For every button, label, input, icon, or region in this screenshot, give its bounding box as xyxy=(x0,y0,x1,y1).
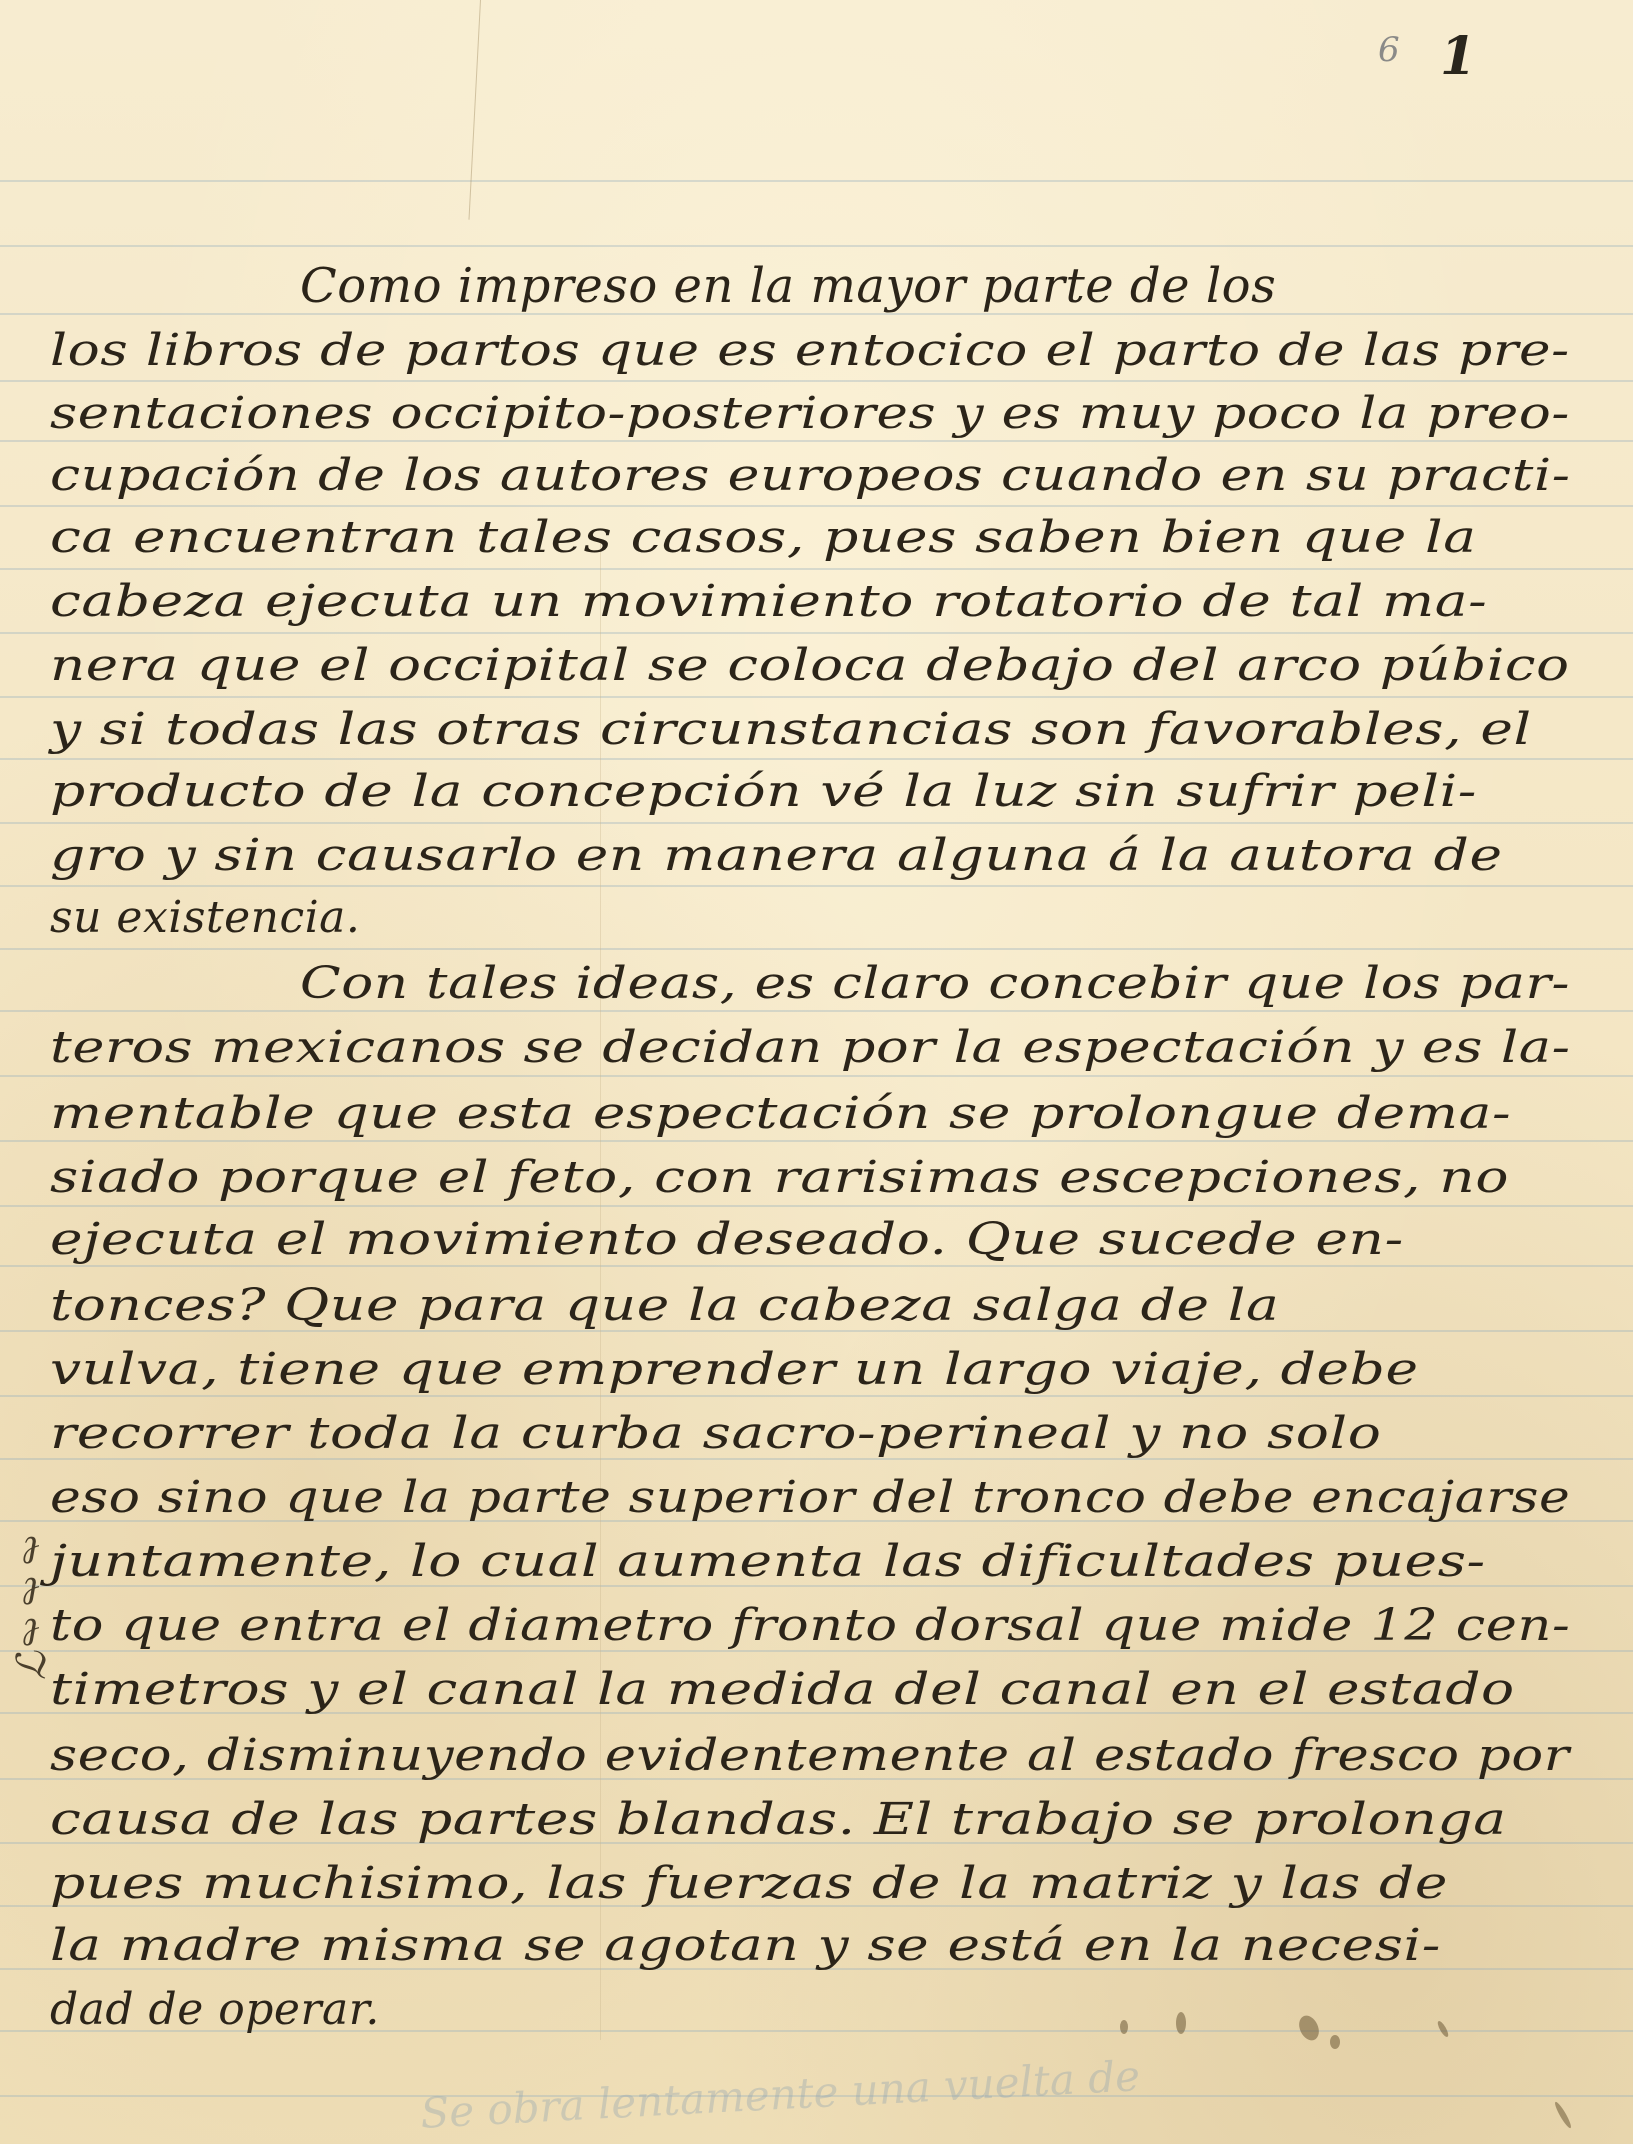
text-line: juntamente, lo cual aumenta las dificult… xyxy=(50,1536,1486,1587)
ruled-line xyxy=(0,758,1633,760)
text-line: timetros y el canal la medida del canal … xyxy=(50,1664,1515,1715)
ruled-line xyxy=(0,180,1633,182)
text-line: dad de operar. xyxy=(50,1984,380,2035)
text-line: sentaciones occipito-posteriores y es mu… xyxy=(50,388,1570,439)
page-number-ink: 1 xyxy=(1440,26,1476,87)
text-line: eso sino que la parte superior del tronc… xyxy=(50,1472,1570,1523)
ruled-line xyxy=(0,1140,1633,1142)
text-line: teros mexicanos se decidan por la espect… xyxy=(50,1022,1571,1073)
text-line: to que entra el diametro fronto dorsal q… xyxy=(50,1600,1570,1651)
text-line: tonces? Que para que la cabeza salga de … xyxy=(50,1280,1279,1331)
text-line: gro y sin causarlo en manera alguna á la… xyxy=(50,830,1503,881)
ruled-line xyxy=(0,1075,1633,1077)
paper-crease xyxy=(468,0,481,220)
ruled-line xyxy=(0,1205,1633,1207)
ruled-line xyxy=(0,440,1633,442)
text-line: vulva, tiene que emprender un largo viaj… xyxy=(50,1344,1419,1395)
ruled-line xyxy=(0,245,1633,247)
text-line: causa de las partes blandas. El trabajo … xyxy=(50,1794,1507,1845)
ruled-line xyxy=(0,948,1633,950)
text-line: la madre misma se agotan y se está en la… xyxy=(50,1920,1441,1971)
page-number-pencil: 6 xyxy=(1378,30,1400,70)
text-line: nera que el occipital se coloca debajo d… xyxy=(50,640,1570,691)
ink-stain xyxy=(1120,2020,1128,2034)
ink-stain xyxy=(1330,2035,1340,2049)
ink-stain xyxy=(1553,2101,1573,2130)
text-line: pues muchisimo, las fuerzas de la matriz… xyxy=(50,1858,1448,1909)
ink-stain xyxy=(1176,2012,1186,2034)
text-line: ca encuentran tales casos, pues saben bi… xyxy=(50,512,1477,563)
ink-stain xyxy=(1295,2012,1322,2043)
ruled-line xyxy=(0,1010,1633,1012)
text-line: y si todas las otras circunstancias son … xyxy=(50,704,1532,755)
text-line: recorrer toda la curba sacro-perineal y … xyxy=(50,1408,1382,1459)
ruled-line xyxy=(0,1265,1633,1267)
ruled-line xyxy=(0,822,1633,824)
text-line: cupación de los autores europeos cuando … xyxy=(50,450,1571,501)
ruled-line xyxy=(0,568,1633,570)
ruled-line xyxy=(0,380,1633,382)
text-line: los libros de partos que es entocico el … xyxy=(50,325,1570,376)
text-line: mentable que esta espectación se prolong… xyxy=(50,1088,1511,1139)
text-line: producto de la concepción vé la luz sin … xyxy=(50,766,1477,817)
bleed-through-text: Se obra lentamente una vuelta de xyxy=(419,2051,1141,2138)
text-line: cabeza ejecuta un movimiento rotatorio d… xyxy=(50,576,1487,627)
text-line: siado porque el feto, con rarisimas esce… xyxy=(50,1152,1509,1203)
ruled-line xyxy=(0,696,1633,698)
ruled-line xyxy=(0,1395,1633,1397)
ink-stain xyxy=(1436,2020,1450,2039)
text-line: Como impreso en la mayor parte de los xyxy=(300,258,1276,314)
text-line: ejecuta el movimiento deseado. Que suced… xyxy=(50,1214,1404,1265)
manuscript-page: Se obra lentamente una vuelta de 6 1 Com… xyxy=(0,0,1633,2144)
ruled-line xyxy=(0,885,1633,887)
text-line: seco, disminuyendo evidentemente al esta… xyxy=(50,1730,1570,1781)
ruled-line xyxy=(0,505,1633,507)
text-line: su existencia. xyxy=(50,892,360,943)
ruled-line xyxy=(0,632,1633,634)
margin-signature: ℒℓℓℓ xyxy=(8,1420,68,1680)
text-line: Con tales ideas, es claro concebir que l… xyxy=(300,958,1570,1009)
